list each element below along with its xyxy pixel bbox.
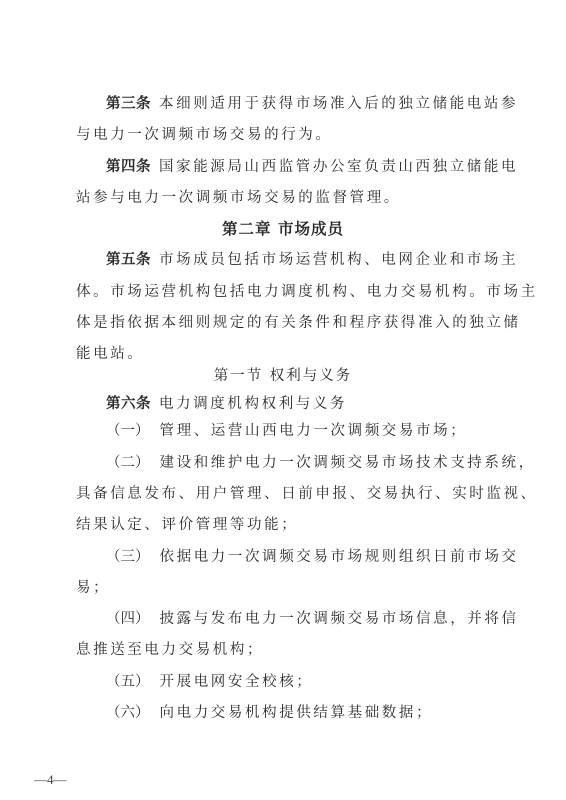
item-6-line-1: （六）向电力交易机构提供结算基础数据； [106, 703, 488, 723]
item-1-number: （一） [106, 423, 150, 439]
document-page: 第三条本细则适用于获得市场准入后的独立储能电站参 与电力一次调频市场交易的行为。… [0, 0, 566, 800]
item-2-line-3: 结果认定、评价管理等功能； [76, 515, 488, 535]
item-3-number: （三） [106, 549, 150, 565]
item-3-line-2: 易； [76, 578, 488, 598]
item-5-number: （五） [106, 674, 150, 690]
item-6-number: （六） [106, 705, 150, 721]
item-2-line-2: 具备信息发布、用户管理、日前申报、交易执行、实时监视、 [76, 484, 488, 504]
item-1-line-1: （一）管理、运营山西电力一次调频交易市场； [106, 421, 488, 441]
item-2-number: （二） [106, 455, 150, 471]
item-2-line-1: （二）建设和维护电力一次调频交易市场技术支持系统， [106, 453, 488, 473]
article-3-line-1: 第三条本细则适用于获得市场准入后的独立储能电站参 [106, 94, 488, 114]
article-4-label: 第四条 [106, 159, 151, 175]
item-3-line-1: （三）依据电力一次调频交易市场规则组织日前市场交 [106, 547, 488, 567]
article-5-line-1: 第五条市场成员包括市场运营机构、电网企业和市场主 [106, 250, 488, 270]
article-5-line-4: 能电站。 [76, 344, 488, 364]
article-5-line-3: 体是指依据本细则规定的有关条件和程序获得准入的独立储 [76, 313, 488, 333]
item-5-line-1: （五）开展电网安全校核； [106, 672, 488, 692]
item-4-number: （四） [106, 611, 150, 627]
article-5-label: 第五条 [106, 252, 151, 268]
article-3-line-2: 与电力一次调频市场交易的行为。 [76, 125, 488, 145]
item-4-line-2: 息推送至电力交易机构； [76, 640, 488, 660]
article-5-line-2: 体。市场运营机构包括电力调度机构、电力交易机构。市场主 [76, 282, 488, 302]
article-6-heading: 第六条电力调度机构权利与义务 [106, 394, 488, 414]
article-6-label: 第六条 [106, 396, 151, 412]
article-3-label: 第三条 [106, 96, 151, 112]
article-4-line-1: 第四条国家能源局山西监管办公室负责山西独立储能电 [106, 157, 488, 177]
item-4-line-1: （四）披露与发布电力一次调频交易市场信息，并将信 [106, 609, 488, 629]
chapter-title: 第二章 市场成员 [0, 219, 566, 239]
section-title: 第一节 权利与义务 [0, 366, 566, 386]
article-4-line-2: 站参与电力一次调频市场交易的监督管理。 [76, 188, 488, 208]
page-number: —4— [34, 772, 67, 788]
